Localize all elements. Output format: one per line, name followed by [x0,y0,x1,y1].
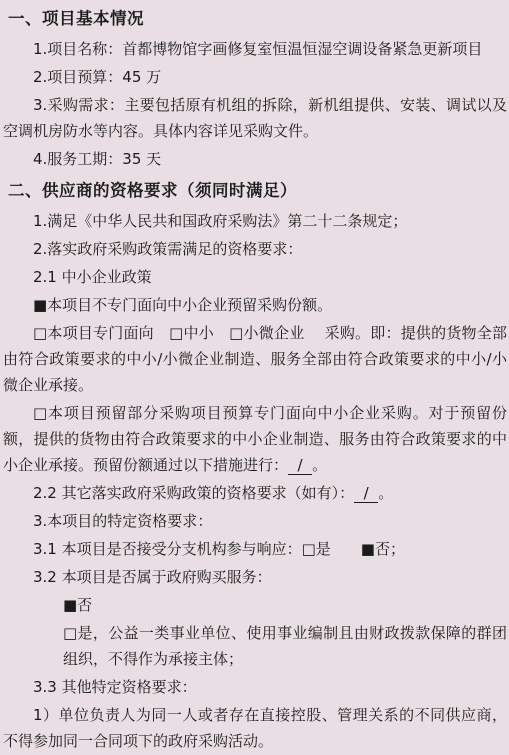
specific-qualification-title: 3.本项目的特定资格要求： [3,508,507,534]
checkbox-option-yes: □是，公益一类事业单位、使用事业编制且由财政拨款保障的群团组织，不得作为承接主体… [63,620,507,672]
checkbox-option-dedicated-sme: □本项目专门面向 □中小 □小微企业 采购。即：提供的货物全部由符合政策要求的中… [3,320,507,398]
section1-heading: 一、项目基本情况 [8,6,507,32]
project-name-line: 1.项目名称：首都博物馆字画修复室恒温恒湿空调设备紧急更新项目 [3,36,507,62]
partial-reservation-text: □本项目预留部分采购项目预算专门面向中小企业采购。对于预留份额，提供的货物由符合… [3,404,507,474]
other-policy-requirement-text: 2.2 其它落实政府采购政策的资格要求（如有）： [33,484,354,502]
other-policy-requirement-line: 2.2 其它落实政府采购政策的资格要求（如有）： / 。 [3,480,507,506]
checkbox-option-no: ■否 [3,592,507,618]
procurement-requirement-line: 3.采购需求：主要包括原有机组的拆除，新机组提供、安装、调试以及空调机房防水等内… [3,92,507,144]
section2-heading: 二、供应商的资格要求（须同时满足） [8,178,507,204]
policy-requirement-line: 2.落实政府采购政策需满足的资格要求： [3,236,507,262]
other-specific-requirement-title: 3.3 其他特定资格要求： [3,674,507,700]
sentence-end: 。 [378,484,393,502]
blank-underline-slash: / [354,484,378,503]
checkbox-option-partial-reservation: □本项目预留部分采购项目预算专门面向中小企业采购。对于预留份额，提供的货物由符合… [3,400,507,478]
sme-policy-title: 2.1 中小企业政策 [3,264,507,290]
law-compliance-line: 1.满足《中华人民共和国政府采购法》第二十二条规定； [3,208,507,234]
checkbox-option-no-reservation: ■本项目不专门面向中小企业预留采购份额。 [3,292,507,318]
gov-purchase-service-line: 3.2 本项目是否属于政府购买服务： [3,564,507,590]
branch-participation-line: 3.1 本项目是否接受分支机构参与响应：□是 ■否； [3,536,507,562]
blank-underline-slash: / [288,456,312,475]
document-body: 一、项目基本情况 1.项目名称：首都博物馆字画修复室恒温恒湿空调设备紧急更新项目… [0,0,509,754]
service-period-line: 4.服务工期：35 天 [3,146,507,172]
supplier-restriction-note: 1）单位负责人为同一人或者存在直接控股、管理关系的不同供应商，不得参加同一合同项… [3,702,507,754]
sentence-end: 。 [312,456,327,474]
project-budget-line: 2.项目预算：45 万 [3,64,507,90]
